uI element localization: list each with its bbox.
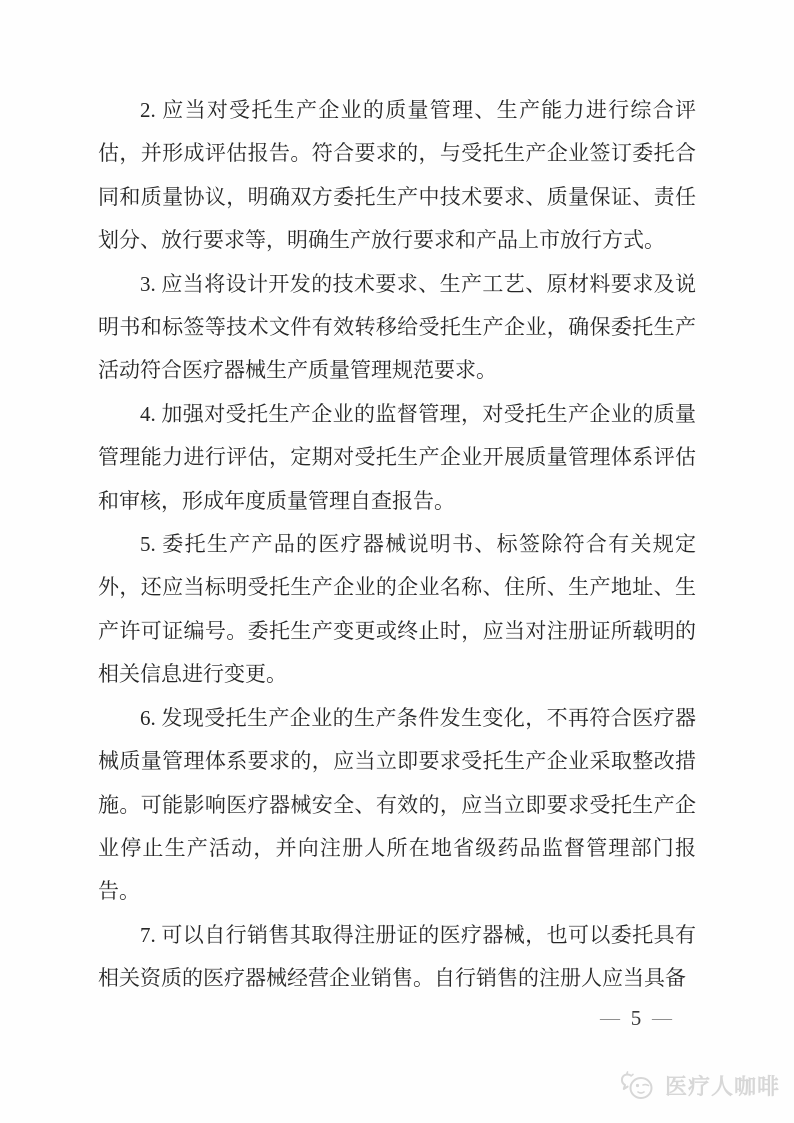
page-number: — 5 —: [600, 1006, 672, 1031]
coffee-chat-bubble-icon: [620, 1071, 658, 1101]
paragraph-6: 6. 发现受托生产企业的生产条件发生变化，不再符合医疗器械质量管理体系要求的，应…: [98, 697, 696, 914]
watermark-logo: 医疗人咖啡: [620, 1070, 780, 1101]
document-page: 2. 应当对受托生产企业的质量管理、生产能力进行综合评估，并形成评估报告。符合要…: [0, 0, 794, 1123]
page-number-value: 5: [631, 1006, 642, 1031]
page-number-dash-right: —: [652, 1007, 672, 1030]
paragraph-4: 4. 加强对受托生产企业的监督管理，对受托生产企业的质量管理能力进行评估，定期对…: [98, 393, 696, 523]
page-number-dash-left: —: [600, 1007, 620, 1030]
paragraph-7: 7. 可以自行销售其取得注册证的医疗器械，也可以委托具有相关资质的医疗器械经营企…: [98, 914, 696, 1001]
paragraph-5: 5. 委托生产产品的医疗器械说明书、标签除符合有关规定外，还应当标明受托生产企业…: [98, 523, 696, 697]
paragraph-3: 3. 应当将设计开发的技术要求、生产工艺、原材料要求及说明书和标签等技术文件有效…: [98, 263, 696, 393]
document-body: 2. 应当对受托生产企业的质量管理、生产能力进行综合评估，并形成评估报告。符合要…: [98, 89, 696, 1001]
watermark-text: 医疗人咖啡: [665, 1070, 780, 1101]
paragraph-2: 2. 应当对受托生产企业的质量管理、生产能力进行综合评估，并形成评估报告。符合要…: [98, 89, 696, 263]
